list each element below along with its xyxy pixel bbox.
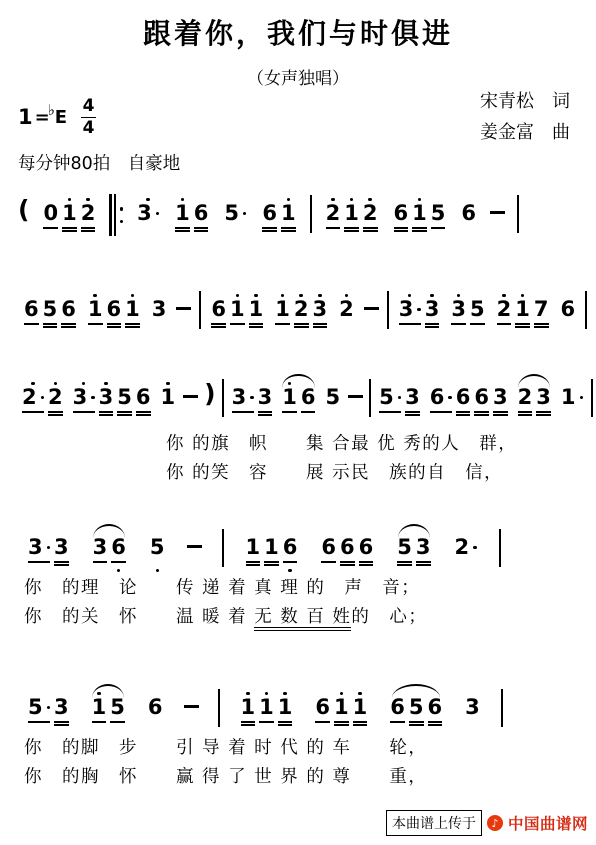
note-digit: 3 [425,299,440,320]
barline [499,529,501,567]
note: 3 [491,378,510,426]
underline-stack [534,321,549,330]
note: 6 [209,290,228,338]
flat-icon: ♭ [48,101,55,119]
parenthesis: ( [18,197,29,222]
note: 3 [150,290,169,338]
underline-stack [334,719,349,728]
note: 2 [79,194,98,242]
underline-stack [456,409,471,418]
note-digit: 6 [340,537,355,558]
note-digit: 3 [405,387,420,408]
parenthesis: ) [204,381,215,406]
note: 3 [52,528,71,576]
note: 6 [260,194,279,242]
barline [387,291,389,329]
note-digit: 3 [137,203,152,224]
note-digit: 0 [43,203,58,224]
underline-stack [561,321,576,330]
lyrics-line-4-2: 你 的关 怀 温 暖 着 无 数 百 姓的 心； [24,603,427,628]
note-group: 1 [159,378,178,426]
music-line-1: (0123165612126156 [18,194,519,242]
note-digit: 1 [92,697,107,718]
tempo-marking: 每分钟80拍 自豪地 [18,150,180,175]
note-group: 656 [22,290,78,338]
underline-stack [340,559,355,568]
music-line-4: 33365116666532 [26,528,501,576]
note-digit: 3 [54,697,69,718]
note: 1 [410,194,429,242]
note-digit: 1 [344,203,359,224]
note: 3 [311,290,330,338]
note-digit: 6 [61,299,76,320]
note: 1 [239,688,258,736]
underline-stack [451,321,466,330]
underline-stack [497,321,512,330]
note-group: 33 [26,528,71,576]
note-group: 22 [20,378,65,426]
underline-stack [43,321,58,330]
note: 2 [292,290,311,338]
underline-stack [43,225,58,234]
underline-stack [62,225,77,234]
underline-stack [262,225,277,234]
note-digit: 6 [136,387,151,408]
note-digit: 1 [515,299,530,320]
underline-stack [110,719,125,728]
note-group: 111 [239,688,295,736]
underline-stack [230,321,245,330]
note: 2 [324,194,343,242]
note-group: 53 [395,528,432,576]
note: 2 [46,378,65,426]
note-digit: 3 [152,299,167,320]
note-digit: 3 [54,537,69,558]
underline-stack [474,409,489,418]
note-digit: 1 [264,537,279,558]
note-digit: 1 [161,387,176,408]
note-digit: 6 [561,299,576,320]
note: 1 [276,688,295,736]
underline-stack [258,409,273,418]
note: 3 [463,688,482,736]
note-group: 2 [453,528,479,576]
augmentation-dot [398,396,401,399]
note: 6 [472,378,491,426]
lyric-segment: 你 的胸 怀 赢 得 了 世 界 的 尊 重， [24,767,427,787]
note-digit: 2 [294,299,309,320]
lyric-segment: 你 的旗 帜 集 合最 优 秀的人 群， [166,434,517,454]
underline-stack [390,719,405,728]
note: 5 [41,290,60,338]
note-digit: 6 [111,537,126,558]
underline-stack [249,321,264,330]
note: 6 [59,290,78,338]
note-digit: 5 [117,387,132,408]
note-digit: 2 [326,203,341,224]
note-group: 16 [280,378,317,426]
underline-stack [92,719,107,728]
note: 1 [173,194,192,242]
note-digit: 3 [258,387,273,408]
note-digit: 3 [399,299,414,320]
note-digit: 1 [275,299,290,320]
note-group: 3 [150,290,169,338]
duration-dash [184,705,199,708]
note-digit: 2 [339,299,354,320]
note-digit: 6 [107,299,122,320]
barline [369,379,371,417]
barline [585,291,587,329]
footer: 本曲谱上传于 ♪ 中国曲谱网 [386,810,588,836]
note-digit: 5 [43,299,58,320]
note-digit: 1 [230,299,245,320]
augmentation-dot [448,396,451,399]
note-group: 1 [559,378,585,426]
note: 1 [342,194,361,242]
note-digit: 5 [470,299,485,320]
lyric-segment: 你 的关 怀 温 暖 着 [24,607,254,627]
underline-stack [232,409,254,418]
underline-stack [264,559,279,568]
note-digit: 3 [536,387,551,408]
note-digit: 1 [282,387,297,408]
note-digit: 6 [194,203,209,224]
note: 1 [247,290,266,338]
augmentation-dot [91,396,94,399]
note-group: 611 [313,688,369,736]
note-digit: 1 [334,697,349,718]
key-prefix: 1 [18,105,33,129]
underline-stack [282,409,297,418]
note-digit: 1 [412,203,427,224]
note-digit: 6 [474,387,489,408]
note-group: 15 [90,688,127,736]
note-digit: 5 [409,697,424,718]
note-digit: 5 [397,537,412,558]
underline-stack [259,719,274,728]
note: 6 [281,528,300,576]
underline-stack [99,409,114,418]
time-signature: 4 4 [81,98,96,137]
note-group: 3356 [71,378,153,426]
underline-stack [465,719,480,728]
underline-stack [470,321,485,330]
underline-stack [150,559,165,568]
augmentation-dot [473,546,476,549]
duration-dash [490,211,505,214]
note-digit: 1 [125,299,140,320]
site-name: 中国曲谱网 [508,812,588,834]
sheet-music-page: 跟着你，我们与时俱进 （女声独唱） 宋青松 词 姜金富 曲 1 = ♭ E 4 … [0,0,596,845]
note-group: 23 [516,378,553,426]
underline-stack [315,719,330,728]
note-digit: 2 [363,203,378,224]
barline [218,689,220,727]
note-digit: 3 [493,387,508,408]
underline-stack [561,409,583,418]
meter-numerator: 4 [83,98,95,115]
slur-icon [398,524,430,538]
underline-stack [48,409,63,418]
slur-icon [93,524,125,538]
duration-dash [364,307,379,310]
note: 5 [222,194,248,242]
note-group: 6 [559,290,578,338]
note-digit: 6 [359,537,374,558]
underline-stack [339,321,354,330]
note-digit: 3 [99,387,114,408]
note: 6 [22,290,41,338]
duration-dash [183,395,198,398]
lyric-segment: 无 数 百 姓 [254,607,351,631]
underline-stack [294,321,309,330]
credits: 宋青松 词 姜金富 曲 [480,86,570,148]
note: 3 [423,290,442,338]
underline-stack [379,409,401,418]
underline-stack [321,559,336,568]
key-signature: 1 = ♭ E 4 4 [18,98,96,137]
note-digit: 5 [150,537,165,558]
note-group: 5 [148,528,167,576]
note-group: 35 [449,290,486,338]
barline [199,291,201,329]
note-digit: 3 [313,299,328,320]
note: 1 [86,290,105,338]
note-digit: 3 [465,697,480,718]
note-digit: 6 [24,299,39,320]
underline-stack [359,559,374,568]
underline-stack [536,409,551,418]
slur-icon [392,684,440,698]
note-group: 212 [324,194,380,242]
underline-stack [412,225,427,234]
note-digit: 1 [259,697,274,718]
note: 5 [148,528,167,576]
barline [222,529,224,567]
note-digit: 1 [88,299,103,320]
underline-stack [152,321,167,330]
note-digit: 1 [175,203,190,224]
note-group: 012 [41,194,97,242]
augmentation-dot [250,396,253,399]
note-group: 61 [260,194,297,242]
underline-stack [344,225,359,234]
augmentation-dot [156,212,159,215]
note: 6 [459,194,478,242]
barline [501,689,503,727]
note: 2 [20,378,46,426]
note-digit: 1 [249,299,264,320]
barline [517,195,519,233]
note: 6 [357,528,376,576]
note-digit: 6 [315,697,330,718]
note: 1 [273,290,292,338]
underline-stack [425,321,440,330]
augmentation-dot [243,212,246,215]
note-digit: 2 [497,299,512,320]
music-line-5: 531561116116563 [26,688,503,736]
underline-stack [313,321,328,330]
underline-stack [428,719,443,728]
note-digit: 2 [455,537,470,558]
note-digit: 6 [262,203,277,224]
note: 3 [71,378,97,426]
underline-stack [224,225,246,234]
underline-stack [241,719,256,728]
note-group: 5 [222,194,248,242]
lyric-segment: 你 的理 论 传 递 着 真 理 的 声 音； [24,578,420,598]
key-letter: E [55,107,67,128]
note: 5 [26,688,52,736]
note-digit: 3 [451,299,466,320]
music-note-icon: ♪ [487,815,503,831]
note-digit: 7 [534,299,549,320]
note-group: 16 [173,194,210,242]
underline-stack [405,409,420,418]
underline-stack [431,225,446,234]
underline-stack [246,559,261,568]
note: 6 [192,194,211,242]
underline-stack [22,409,44,418]
underline-stack [137,225,159,234]
note: 3 [230,378,256,426]
note-digit: 2 [518,387,533,408]
barline [222,379,224,417]
meter-denominator: 4 [83,120,95,137]
underline-stack [363,225,378,234]
underline-stack [493,409,508,418]
underline-stack [399,321,421,330]
note-group: 53 [26,688,71,736]
note: 3 [26,528,52,576]
note-digit: 5 [431,203,446,224]
note-digit: 1 [62,203,77,224]
note: 5 [115,378,134,426]
underline-stack [211,321,226,330]
note-digit: 5 [379,387,394,408]
duration-dash [176,307,191,310]
note: 1 [262,528,281,576]
underline-stack [125,321,140,330]
augmentation-dot [41,396,44,399]
barline [310,195,312,233]
note-digit: 1 [281,203,296,224]
underline-stack [194,225,209,234]
underline-stack [24,321,39,330]
note: 5 [468,290,487,338]
underline-stack [136,409,151,418]
slur-icon [282,374,314,388]
music-line-3: 2233561)33165536663231 [20,378,593,426]
note: 6 [559,290,578,338]
lyric-segment: 的 心； [351,607,427,627]
note-group: 5 [323,378,342,426]
duration-dash [187,545,202,548]
note: 2 [453,528,479,576]
note-digit: 5 [110,697,125,718]
note: 1 [559,378,585,426]
augmentation-dot [47,546,50,549]
note-digit: 2 [81,203,96,224]
note: 6 [454,378,473,426]
note: 2 [337,290,356,338]
barline [591,379,593,417]
note-digit: 2 [48,387,63,408]
lyric-segment: 你 的笑 容 展 示民 族的自 信， [166,463,503,483]
note-digit: 6 [390,697,405,718]
note-digit: 5 [224,203,239,224]
note: 1 [159,378,178,426]
note-digit: 3 [73,387,88,408]
note-group: 53 [377,378,422,426]
lyrics-line-3-2: 你 的笑 容 展 示民 族的自 信， [166,459,503,484]
note: 3 [97,378,116,426]
note-group: 2 [337,290,356,338]
note: 0 [41,194,60,242]
note: 1 [228,290,247,338]
underline-stack [148,719,163,728]
underline-stack [326,225,341,234]
underline-stack [61,321,76,330]
song-title: 跟着你，我们与时俱进 [0,12,596,52]
upload-note: 本曲谱上传于 [386,810,482,836]
underline-stack [275,321,290,330]
lyrics-line-5-1: 你 的脚 步 引 导 着 时 代 的 车 轮， [24,734,427,759]
lyrics-line-3-1: 你 的旗 帜 集 合最 优 秀的人 群， [166,430,517,455]
underline-stack [93,559,108,568]
note-digit: 1 [278,697,293,718]
underline-stack [455,559,477,568]
note-digit: 5 [325,387,340,408]
note: 2 [361,194,380,242]
note-digit: 6 [301,387,316,408]
note: 3 [449,290,468,338]
underline-stack [283,559,298,568]
note: 1 [244,528,263,576]
note-digit: 6 [428,697,443,718]
note: 3 [135,194,161,242]
underline-stack [461,225,476,234]
note-group: 3 [135,194,161,242]
note-group: 666 [319,528,375,576]
slur-icon [92,684,124,698]
lyricist-credit: 宋青松 词 [480,86,570,117]
note: 6 [392,194,411,242]
note: 3 [52,688,71,736]
note-digit: 2 [22,387,37,408]
note-group: 6 [146,688,165,736]
underline-stack [117,409,132,418]
note: 7 [532,290,551,338]
note-digit: 6 [394,203,409,224]
note: 6 [146,688,165,736]
note: 3 [403,378,422,426]
note: 6 [105,290,124,338]
underline-stack [278,719,293,728]
underline-stack [325,409,340,418]
note: 1 [257,688,276,736]
underline-stack [54,719,69,728]
note-group: 3 [463,688,482,736]
note-digit: 1 [353,697,368,718]
underline-stack [88,321,103,330]
note: 6 [319,528,338,576]
note-digit: 3 [416,537,431,558]
note-group: 611 [209,290,265,338]
note-group: 656 [388,688,444,736]
underline-stack [353,719,368,728]
